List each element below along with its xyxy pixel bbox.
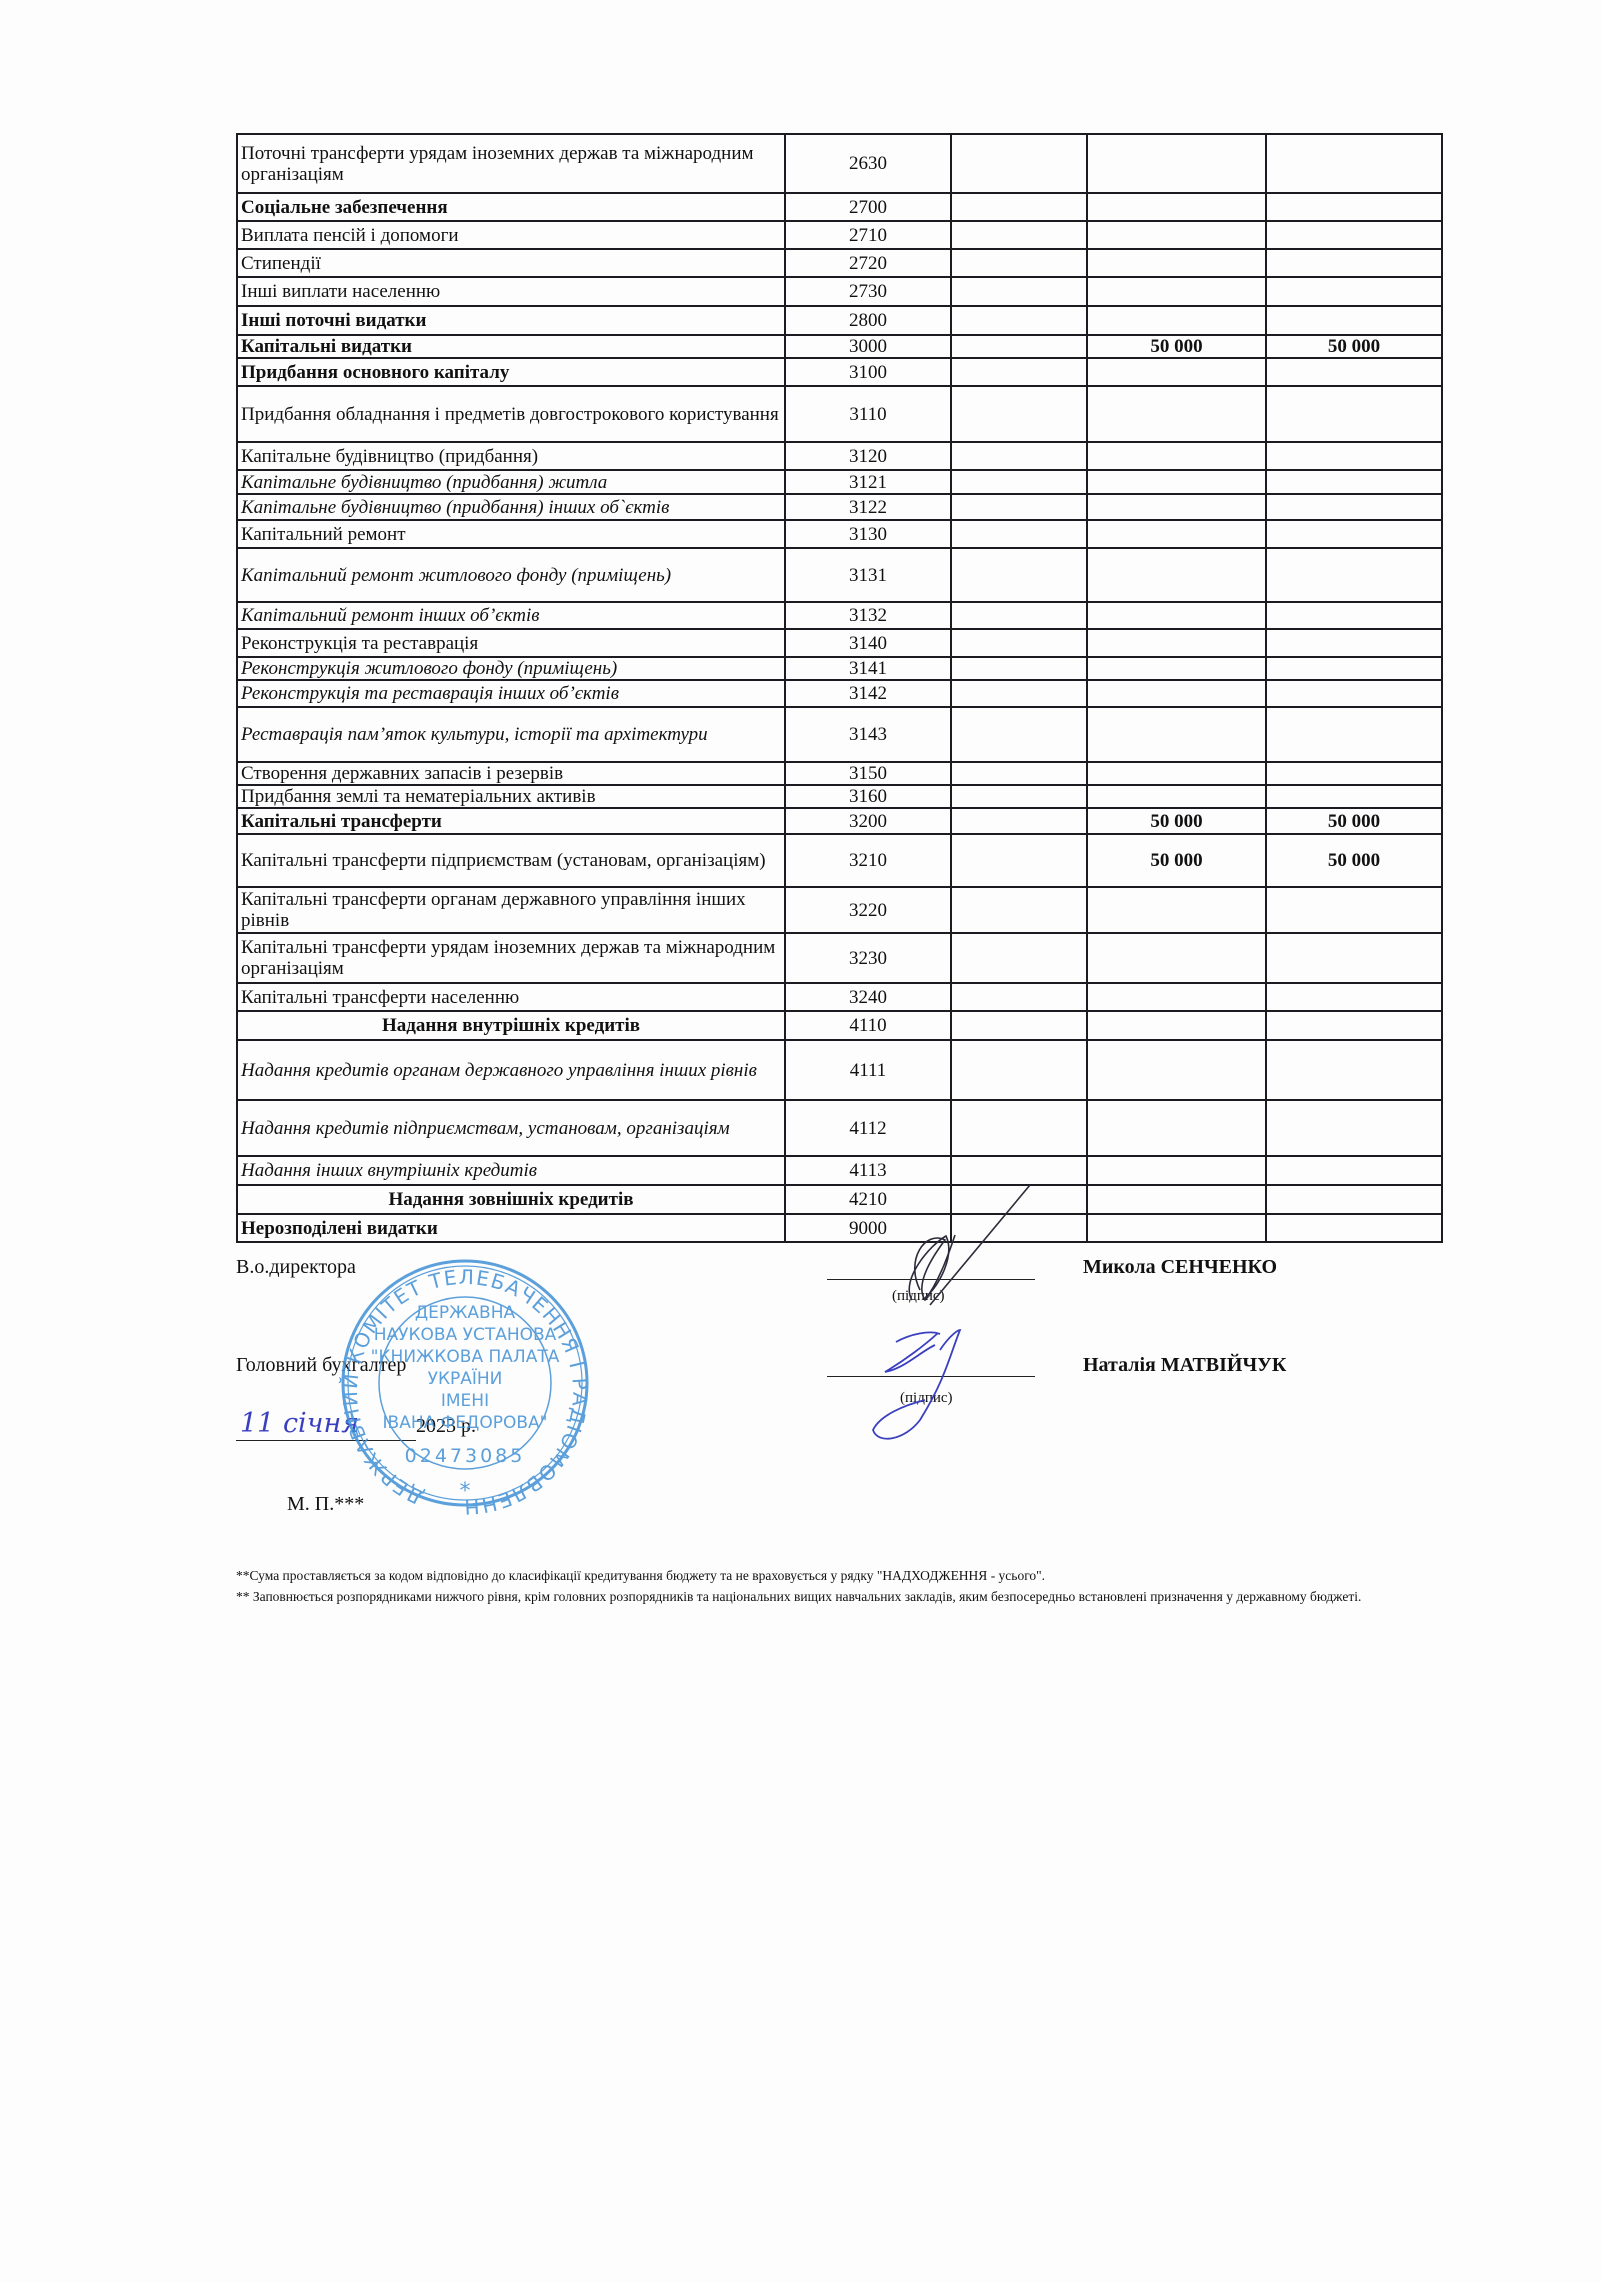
table-row: Капітальний ремонт житлового фонду (прим…: [237, 548, 1442, 602]
table-row: Капітальне будівництво (придбання) житла…: [237, 470, 1442, 494]
row-value-col5: [1266, 520, 1442, 548]
row-value-col3: [951, 1011, 1087, 1040]
row-value-col5: [1266, 442, 1442, 470]
table-row: Нерозподілені видатки9000: [237, 1214, 1442, 1242]
row-value-col5: [1266, 134, 1442, 193]
row-code: 3132: [785, 602, 951, 629]
row-name: Капітальні трансферти урядам іноземних д…: [237, 933, 785, 983]
table-row: Капітальні трансферти підприємствам (уст…: [237, 834, 1442, 887]
row-value-col4: [1087, 386, 1266, 442]
row-value-col3: [951, 983, 1087, 1011]
row-name: Стипендії: [237, 249, 785, 277]
table-row: Капітальні трансферти органам державного…: [237, 887, 1442, 933]
row-value-col4: [1087, 629, 1266, 657]
stamp-center-line: ДЕРЖАВНА: [415, 1303, 516, 1323]
row-value-col3: [951, 1185, 1087, 1214]
row-name: Капітальні трансферти підприємствам (уст…: [237, 834, 785, 887]
row-value-col4: [1087, 193, 1266, 221]
row-value-col4: [1087, 494, 1266, 520]
date-line: [236, 1440, 416, 1441]
accountant-signature-caption: (підпис): [900, 1390, 953, 1407]
row-value-col5: [1266, 548, 1442, 602]
table-row: Придбання землі та нематеріальних активі…: [237, 785, 1442, 808]
director-name: Микола СЕНЧЕНКО: [1083, 1256, 1277, 1279]
row-name: Капітальне будівництво (придбання): [237, 442, 785, 470]
row-code: 3100: [785, 358, 951, 386]
row-value-col4: [1087, 1185, 1266, 1214]
row-code: 3240: [785, 983, 951, 1011]
row-value-col4: [1087, 277, 1266, 306]
table-row: Надання кредитів підприємствам, установа…: [237, 1100, 1442, 1156]
accountant-signature-line: [827, 1376, 1035, 1377]
stamp-center-line: ІМЕНІ: [441, 1391, 489, 1411]
row-name: Реконструкція житлового фонду (приміщень…: [237, 657, 785, 680]
row-value-col3: [951, 785, 1087, 808]
row-value-col4: [1087, 983, 1266, 1011]
row-code: 3000: [785, 335, 951, 358]
row-value-col4: [1087, 470, 1266, 494]
row-code: 3110: [785, 386, 951, 442]
row-name: Надання кредитів підприємствам, установа…: [237, 1100, 785, 1156]
row-value-col5: [1266, 887, 1442, 933]
table-row: Поточні трансферти урядам іноземних держ…: [237, 134, 1442, 193]
row-code: 4111: [785, 1040, 951, 1100]
row-value-col5: [1266, 306, 1442, 335]
row-value-col3: [951, 1100, 1087, 1156]
row-code: 4210: [785, 1185, 951, 1214]
row-value-col5: [1266, 1214, 1442, 1242]
row-name: Капітальні трансферти: [237, 808, 785, 834]
row-value-col4: [1087, 358, 1266, 386]
row-name: Капітальне будівництво (придбання) інших…: [237, 494, 785, 520]
accountant-signature-icon: [873, 1330, 960, 1439]
row-value-col3: [951, 494, 1087, 520]
row-value-col4: 50 000: [1087, 834, 1266, 887]
row-value-col5: [1266, 277, 1442, 306]
row-code: 3220: [785, 887, 951, 933]
row-value-col3: [951, 520, 1087, 548]
row-name: Реконструкція та реставрація: [237, 629, 785, 657]
row-value-col3: [951, 134, 1087, 193]
document-page: Поточні трансферти урядам іноземних держ…: [0, 0, 1601, 2283]
table-row: Надання зовнішніх кредитів4210: [237, 1185, 1442, 1214]
row-code: 3160: [785, 785, 951, 808]
row-name: Поточні трансферти урядам іноземних держ…: [237, 134, 785, 193]
row-value-col5: [1266, 785, 1442, 808]
table-row: Капітальне будівництво (придбання) інших…: [237, 494, 1442, 520]
row-code: 3131: [785, 548, 951, 602]
date-handwritten: 11 січня: [240, 1408, 359, 1439]
row-value-col3: [951, 193, 1087, 221]
accountant-name: Наталія МАТВІЙЧУК: [1083, 1354, 1286, 1377]
row-value-col3: [951, 548, 1087, 602]
table-row: Придбання обладнання і предметів довгост…: [237, 386, 1442, 442]
row-value-col5: [1266, 1011, 1442, 1040]
footnote-2: ** Заповнюється розпорядниками нижчого р…: [236, 1587, 1396, 1607]
expenditure-table: Поточні трансферти урядам іноземних держ…: [236, 133, 1443, 1243]
row-value-col5: [1266, 386, 1442, 442]
row-code: 2630: [785, 134, 951, 193]
row-value-col4: [1087, 548, 1266, 602]
row-value-col3: [951, 277, 1087, 306]
row-name: Придбання основного капіталу: [237, 358, 785, 386]
row-value-col3: [951, 834, 1087, 887]
table-row: Інші поточні видатки2800: [237, 306, 1442, 335]
table-row: Придбання основного капіталу3100: [237, 358, 1442, 386]
row-name: Надання інших внутрішніх кредитів: [237, 1156, 785, 1185]
stamp-star-icon: *: [460, 1479, 471, 1504]
row-name: Капітальний ремонт: [237, 520, 785, 548]
row-name: Надання зовнішніх кредитів: [237, 1185, 785, 1214]
row-value-col5: [1266, 707, 1442, 762]
row-value-col5: [1266, 1156, 1442, 1185]
row-name: Надання внутрішніх кредитів: [237, 1011, 785, 1040]
row-value-col3: [951, 808, 1087, 834]
row-name: Капітальний ремонт житлового фонду (прим…: [237, 548, 785, 602]
table-row: Капітальний ремонт інших об’єктів3132: [237, 602, 1442, 629]
row-value-col3: [951, 707, 1087, 762]
row-code: 9000: [785, 1214, 951, 1242]
row-name: Інші поточні видатки: [237, 306, 785, 335]
row-name: Реконструкція та реставрація інших об’єк…: [237, 680, 785, 707]
table-row: Капітальне будівництво (придбання)3120: [237, 442, 1442, 470]
row-code: 3143: [785, 707, 951, 762]
row-name: Придбання землі та нематеріальних активі…: [237, 785, 785, 808]
row-value-col4: [1087, 442, 1266, 470]
table-row: Створення державних запасів і резервів31…: [237, 762, 1442, 785]
table-row: Інші виплати населенню2730: [237, 277, 1442, 306]
row-value-col3: [951, 657, 1087, 680]
row-name: Капітальні трансферти органам державного…: [237, 887, 785, 933]
row-value-col3: [951, 887, 1087, 933]
row-name: Капітальні трансферти населенню: [237, 983, 785, 1011]
row-name: Капітальний ремонт інших об’єктів: [237, 602, 785, 629]
row-value-col5: [1266, 1100, 1442, 1156]
row-value-col5: [1266, 470, 1442, 494]
row-value-col4: 50 000: [1087, 808, 1266, 834]
row-name: Капітальні видатки: [237, 335, 785, 358]
row-value-col3: [951, 1040, 1087, 1100]
row-code: 2710: [785, 221, 951, 249]
row-name: Інші виплати населенню: [237, 277, 785, 306]
seal-mark: М. П.***: [287, 1493, 364, 1516]
row-code: 3120: [785, 442, 951, 470]
row-code: 4110: [785, 1011, 951, 1040]
row-value-col4: [1087, 249, 1266, 277]
row-code: 4112: [785, 1100, 951, 1156]
row-value-col3: [951, 470, 1087, 494]
row-value-col5: [1266, 193, 1442, 221]
row-value-col4: [1087, 933, 1266, 983]
stamp-center-line: УКРАЇНИ: [428, 1368, 503, 1389]
row-code: 2800: [785, 306, 951, 335]
row-value-col4: [1087, 680, 1266, 707]
row-value-col5: 50 000: [1266, 808, 1442, 834]
row-value-col4: 50 000: [1087, 335, 1266, 358]
row-code: 2720: [785, 249, 951, 277]
row-value-col5: [1266, 680, 1442, 707]
row-value-col3: [951, 680, 1087, 707]
row-value-col4: [1087, 1100, 1266, 1156]
row-code: 2700: [785, 193, 951, 221]
row-value-col5: [1266, 494, 1442, 520]
row-value-col3: [951, 933, 1087, 983]
row-value-col3: [951, 221, 1087, 249]
director-label: В.о.директора: [236, 1256, 356, 1279]
row-name: Нерозподілені видатки: [237, 1214, 785, 1242]
row-value-col4: [1087, 1156, 1266, 1185]
row-value-col4: [1087, 887, 1266, 933]
row-code: 3121: [785, 470, 951, 494]
footnote-1: **Сума проставляється за кодом відповідн…: [236, 1566, 1396, 1586]
stamp-code: 02473085: [405, 1445, 526, 1467]
row-value-col3: [951, 335, 1087, 358]
row-value-col5: [1266, 602, 1442, 629]
table-row: Надання інших внутрішніх кредитів4113: [237, 1156, 1442, 1185]
row-name: Капітальне будівництво (придбання) житла: [237, 470, 785, 494]
row-code: 2730: [785, 277, 951, 306]
row-code: 3230: [785, 933, 951, 983]
row-value-col5: 50 000: [1266, 834, 1442, 887]
row-value-col4: [1087, 221, 1266, 249]
row-code: 3140: [785, 629, 951, 657]
row-value-col4: [1087, 134, 1266, 193]
row-value-col3: [951, 762, 1087, 785]
accountant-label: Головний бухгалтер: [236, 1354, 406, 1377]
director-signature-line: [827, 1279, 1035, 1280]
row-value-col3: [951, 602, 1087, 629]
row-value-col5: [1266, 983, 1442, 1011]
row-name: Створення державних запасів і резервів: [237, 762, 785, 785]
row-value-col4: [1087, 785, 1266, 808]
row-value-col5: [1266, 221, 1442, 249]
table-row: Капітальні трансферти урядам іноземних д…: [237, 933, 1442, 983]
date-year: 2023 р.: [416, 1415, 476, 1438]
row-name: Соціальне забезпечення: [237, 193, 785, 221]
row-code: 3142: [785, 680, 951, 707]
table-row: Соціальне забезпечення2700: [237, 193, 1442, 221]
row-value-col4: [1087, 1040, 1266, 1100]
row-value-col4: [1087, 1011, 1266, 1040]
stamp-center-line: НАУКОВА УСТАНОВА: [374, 1325, 557, 1345]
row-value-col3: [951, 249, 1087, 277]
table-row: Реставрація пам’яток культури, історії т…: [237, 707, 1442, 762]
row-value-col4: [1087, 520, 1266, 548]
row-value-col3: [951, 386, 1087, 442]
row-name: Придбання обладнання і предметів довгост…: [237, 386, 785, 442]
row-code: 3210: [785, 834, 951, 887]
row-value-col4: [1087, 707, 1266, 762]
table-row: Капітальні видатки300050 00050 000: [237, 335, 1442, 358]
table-row: Капітальні трансферти населенню3240: [237, 983, 1442, 1011]
row-value-col5: [1266, 629, 1442, 657]
table-row: Реконструкція та реставрація інших об’єк…: [237, 680, 1442, 707]
row-value-col3: [951, 629, 1087, 657]
table-row: Стипендії2720: [237, 249, 1442, 277]
row-value-col4: [1087, 762, 1266, 785]
table-row: Капітальні трансферти320050 00050 000: [237, 808, 1442, 834]
table-row: Надання внутрішніх кредитів4110: [237, 1011, 1442, 1040]
director-signature-caption: (підпис): [892, 1288, 945, 1305]
row-value-col4: [1087, 306, 1266, 335]
row-value-col5: [1266, 933, 1442, 983]
row-value-col5: [1266, 358, 1442, 386]
row-code: 4113: [785, 1156, 951, 1185]
row-value-col5: [1266, 762, 1442, 785]
row-code: 3141: [785, 657, 951, 680]
row-name: Надання кредитів органам державного упра…: [237, 1040, 785, 1100]
row-code: 3130: [785, 520, 951, 548]
table-row: Капітальний ремонт3130: [237, 520, 1442, 548]
row-value-col3: [951, 442, 1087, 470]
row-name: Виплата пенсій і допомоги: [237, 221, 785, 249]
row-value-col3: [951, 1214, 1087, 1242]
row-value-col5: 50 000: [1266, 335, 1442, 358]
row-value-col4: [1087, 657, 1266, 680]
row-value-col3: [951, 358, 1087, 386]
table-row: Надання кредитів органам державного упра…: [237, 1040, 1442, 1100]
row-code: 3122: [785, 494, 951, 520]
row-code: 3150: [785, 762, 951, 785]
row-value-col5: [1266, 1185, 1442, 1214]
table-row: Реконструкція та реставрація3140: [237, 629, 1442, 657]
row-value-col5: [1266, 657, 1442, 680]
table-row: Виплата пенсій і допомоги2710: [237, 221, 1442, 249]
row-value-col5: [1266, 249, 1442, 277]
row-value-col4: [1087, 1214, 1266, 1242]
row-name: Реставрація пам’яток культури, історії т…: [237, 707, 785, 762]
row-value-col3: [951, 1156, 1087, 1185]
row-code: 3200: [785, 808, 951, 834]
row-value-col3: [951, 306, 1087, 335]
row-value-col4: [1087, 602, 1266, 629]
table-row: Реконструкція житлового фонду (приміщень…: [237, 657, 1442, 680]
row-value-col5: [1266, 1040, 1442, 1100]
